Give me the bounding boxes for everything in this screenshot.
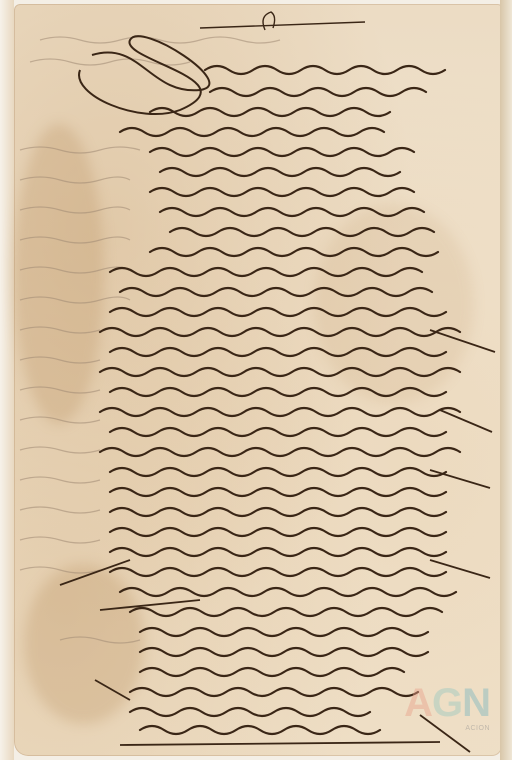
archive-watermark: AGN ACION (404, 683, 490, 732)
handwriting-ink (0, 0, 512, 760)
watermark-logo: AGN (404, 683, 490, 723)
watermark-subtitle: ACION (404, 725, 490, 732)
